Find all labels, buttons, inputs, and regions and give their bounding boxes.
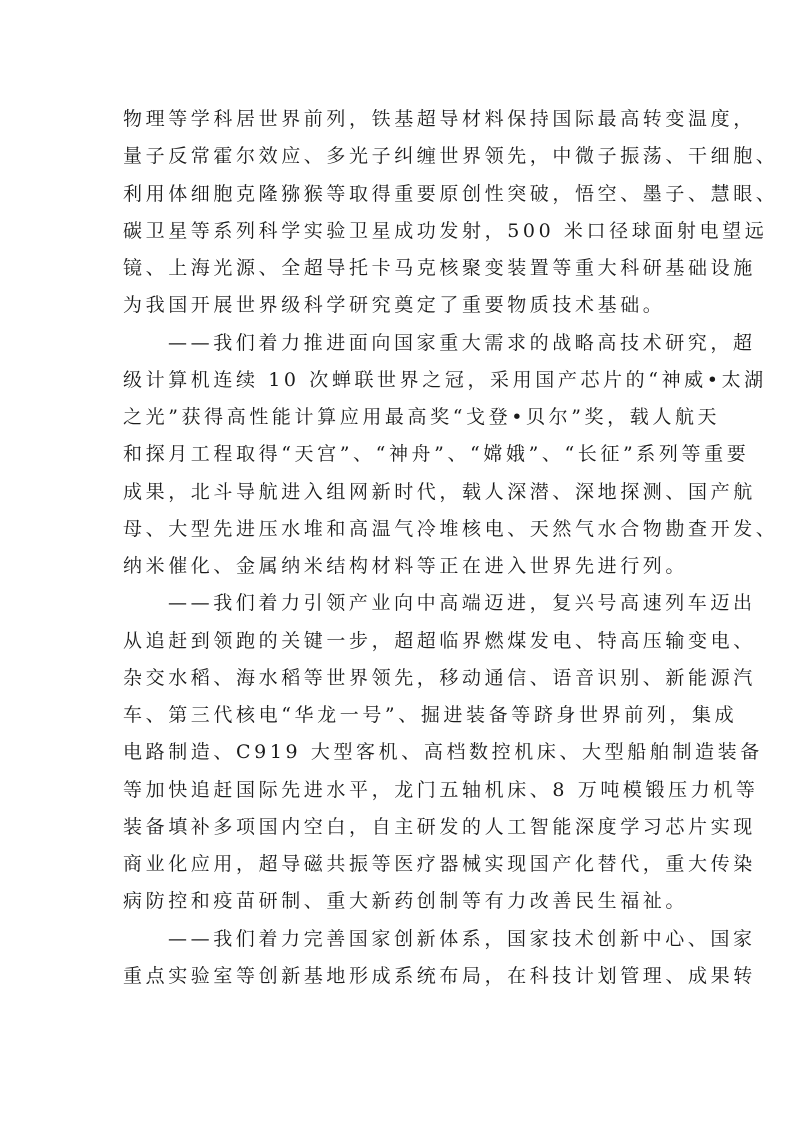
text-line: 成果，北斗导航进入组网新时代，载人深潜、深地探测、国产航 <box>123 474 673 511</box>
paragraph-2: ——我们着力推进面向国家重大需求的战略高技术研究，超 级计算机连续 10 次蝉联… <box>123 325 673 586</box>
paragraph-1: 物理等学科居世界前列，铁基超导材料保持国际最高转变温度， 量子反常霍尔效应、多光… <box>123 101 673 325</box>
text-line: 电路制造、C919 大型客机、高档数控机床、大型船舶制造装备 <box>123 734 673 771</box>
text-line: 车、第三代核电“华龙一号”、掘进装备等跻身世界前列，集成 <box>123 697 673 734</box>
text-line: 之光”获得高性能计算应用最高奖“戈登•贝尔”奖，载人航天 <box>123 399 673 436</box>
text-line: 量子反常霍尔效应、多光子纠缠世界领先，中微子振荡、干细胞、 <box>123 138 673 175</box>
text-line: ——我们着力引领产业向中高端迈进，复兴号高速列车迈出 <box>123 585 673 622</box>
text-line: ——我们着力完善国家创新体系，国家技术创新中心、国家 <box>123 921 673 958</box>
text-line: 和探月工程取得“天宫”、“神舟”、“嫦娥”、“长征”系列等重要 <box>123 436 673 473</box>
paragraph-4: ——我们着力完善国家创新体系，国家技术创新中心、国家 重点实验室等创新基地形成系… <box>123 921 673 996</box>
text-line: 利用体细胞克隆猕猴等取得重要原创性突破，悟空、墨子、慧眼、 <box>123 176 673 213</box>
text-line: 装备填补多项国内空白，自主研发的人工智能深度学习芯片实现 <box>123 809 673 846</box>
text-line: 物理等学科居世界前列，铁基超导材料保持国际最高转变温度， <box>123 101 673 138</box>
text-line: 碳卫星等系列科学实验卫星成功发射，500 米口径球面射电望远 <box>123 213 673 250</box>
text-line: 镜、上海光源、全超导托卡马克核聚变装置等重大科研基础设施 <box>123 250 673 287</box>
text-line: 纳米催化、金属纳米结构材料等正在进入世界先进行列。 <box>123 548 673 585</box>
text-line: 为我国开展世界级科学研究奠定了重要物质技术基础。 <box>123 287 673 324</box>
text-line: 商业化应用，超导磁共振等医疗器械实现国产化替代，重大传染 <box>123 846 673 883</box>
text-line: 病防控和疫苗研制、重大新药创制等有力改善民生福祉。 <box>123 883 673 920</box>
text-line: 杂交水稻、海水稻等世界领先，移动通信、语音识别、新能源汽 <box>123 660 673 697</box>
text-line: 母、大型先进压水堆和高温气冷堆核电、天然气水合物勘查开发、 <box>123 511 673 548</box>
paragraph-3: ——我们着力引领产业向中高端迈进，复兴号高速列车迈出 从追赶到领跑的关键一步，超… <box>123 585 673 920</box>
text-line: 等加快追赶国际先进水平，龙门五轴机床、8 万吨模锻压力机等 <box>123 772 673 809</box>
text-line: 级计算机连续 10 次蝉联世界之冠，采用国产芯片的“神威•太湖 <box>123 362 673 399</box>
document-page: 物理等学科居世界前列，铁基超导材料保持国际最高转变温度， 量子反常霍尔效应、多光… <box>123 101 673 995</box>
text-line: 重点实验室等创新基地形成系统布局，在科技计划管理、成果转 <box>123 958 673 995</box>
text-line: 从追赶到领跑的关键一步，超超临界燃煤发电、特高压输变电、 <box>123 623 673 660</box>
text-line: ——我们着力推进面向国家重大需求的战略高技术研究，超 <box>123 325 673 362</box>
